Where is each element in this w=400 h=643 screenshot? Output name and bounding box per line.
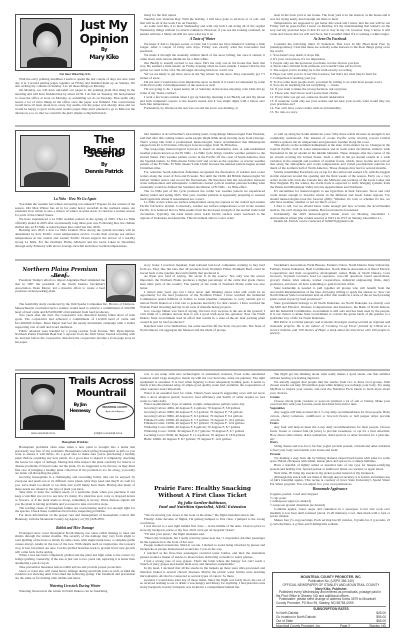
rate-label: Out of State <box>276 619 293 623</box>
footer-publisher: Mountrail County Promoter, Inc. <box>276 624 321 628</box>
publication-masthead-box: MOUNTRAIL COUNTY PROMOTER, INC. Publicat… <box>272 572 390 628</box>
newspaper-page: Just My Opinion By Mary Kiko Not Sure Wh… <box>0 0 400 643</box>
prairie-title-line2: Without A First Class Ticket <box>140 493 265 500</box>
footer-place: Stanley, ND <box>369 624 386 628</box>
postmaster-notice: Postmaster: please send change of addres… <box>276 598 386 605</box>
column-title: Trails Across <box>66 377 136 387</box>
by-label: By <box>72 163 136 168</box>
paragraph: Any fruit will help us meet the 2-cup da… <box>270 426 390 441</box>
opinion-col3: least in the back yard at our house. The… <box>270 14 390 122</box>
opinion-col1: Not Sure What Day It Is With the early p… <box>15 72 135 120</box>
trails-website[interactable]: www.mountrail.nd.us <box>31 432 55 435</box>
paragraph: Public relations were handled by a young… <box>15 330 135 345</box>
passing-scene-header: The Passing Scene By Dennis Patrick <box>15 130 135 192</box>
beef-col1: President Trump's efforts to import Arge… <box>15 279 105 303</box>
paragraph: On Monday, we will have uploaded our pag… <box>15 89 135 116</box>
passing-col1: La Niña - How We Go Again You think the … <box>15 197 135 255</box>
prairie-title-line1: Prairie Fare: Healthy Snacking <box>140 486 265 493</box>
passing-col3: to well up along the South American coas… <box>270 133 390 255</box>
prairie-title: Prairie Fare: Healthy Snacking Without A… <box>140 486 265 509</box>
rate-price: $65.00 <box>376 619 386 623</box>
paragraph: Growing houseplants is a challenging and… <box>15 476 135 491</box>
trails-header: Trails Across Mountrail By Jim Hennessy … <box>15 373 135 438</box>
column-title: Just My <box>74 19 134 31</box>
bill-patrie-photo <box>106 264 136 302</box>
paragraph: This affects on the northern hemisphere … <box>270 144 390 171</box>
paragraph: La Niña occurs when sea surface temperat… <box>140 201 265 220</box>
paragraph: Granted, I would have tried any of those… <box>140 579 265 590</box>
dennis-patrick-photo <box>20 135 70 187</box>
paragraph: Gov. George Sinner was fond of saying, '… <box>140 310 265 325</box>
by-label: By <box>74 48 134 53</box>
section-divider <box>15 369 390 371</box>
beef-col3: Stockman's Association, Farm Bureau, Far… <box>270 264 390 346</box>
paragraph: Bill Patrie is a retired planner and eco… <box>270 321 390 336</box>
paragraph: The long-range meteorological forecast i… <box>140 148 265 171</box>
trails-subhead-2: Rabbit and Mice Damage <box>15 527 135 531</box>
prairie-byline-title: Food and Nutrition Specialist, NDSU Exte… <box>140 505 265 509</box>
paragraph: I retired nine years ago but I have neve… <box>140 291 265 310</box>
paragraph: Temperatures are supposed to get better … <box>270 22 390 37</box>
author-name: Mary Kiko <box>74 55 134 61</box>
water-requirement-item: Bulls: 1600#, 40 degrees F, 8.7 gallons;… <box>140 438 265 442</box>
paragraph: Although this snack will not make it thr… <box>270 476 390 487</box>
beef-col2: story broke I received inquiries from na… <box>140 264 265 346</box>
author-name: Dennis Patrick <box>72 170 136 176</box>
mountrail-county-logo: MOUNTRAIL COUNTY Agricultural Agency <box>96 402 134 420</box>
mary-kiko-photo <box>20 18 72 68</box>
paragraph: In my head, I declared that all the snac… <box>140 567 265 578</box>
prairie-col3: The flight got me thinking about what re… <box>270 373 390 568</box>
jim-hennessy-photo <box>20 378 65 430</box>
paragraph: Fortunately, by afternoon the sun was ou… <box>140 107 265 111</box>
paragraph: Storms resembling Rockfords are on tap f… <box>270 171 390 190</box>
trails-col2: cost to set setup with new technologies … <box>140 373 265 483</box>
beef-col1b: The feasibility study conducted by the f… <box>15 303 135 345</box>
paragraph: Snow or voles also will cause heavy dama… <box>15 570 135 581</box>
paragraph: Our member of AccuWeather's forecasting … <box>140 133 265 148</box>
paragraph: As some read this, it is most Wednesday … <box>140 25 265 36</box>
list-item: 15. No risk, no story. <box>270 111 390 115</box>
paragraph: President Trump's efforts to import Arge… <box>15 279 105 294</box>
column-title-2: Scene <box>72 148 136 159</box>
paragraph: State government belongs to all North Da… <box>270 302 390 321</box>
section-divider <box>15 125 390 127</box>
logo-subtext: Agricultural Agency <box>97 411 133 413</box>
paragraph: For centuries South American fishermen r… <box>140 171 265 190</box>
paragraph: Makes four (½-cup) servings. Each servin… <box>270 519 390 527</box>
paragraph: Two years after the start, the cooperati… <box>15 314 135 329</box>
paragraph: For more information on the proper care … <box>15 514 135 522</box>
paragraph: Any veggie will help us meet the 2 ½-cup… <box>270 411 390 422</box>
paragraph: Dennis M. Patrick can be contacted at ba… <box>270 220 390 224</box>
paragraph: Stockman's Association, Farm Bureau, Far… <box>270 264 390 287</box>
passing-col2: Our member of AccuWeather's forecasting … <box>140 133 265 255</box>
paragraph: Take time to learn the cultural needs of… <box>15 491 135 506</box>
paragraph: Heading into 2025 a new La Niña formed. … <box>15 229 135 248</box>
section-divider <box>15 259 390 261</box>
paragraph: You think the weather last winter and sp… <box>15 203 135 218</box>
page-number: Page 2 <box>340 624 350 628</box>
by-label: By Jim <box>66 404 94 409</box>
paragraph: State leadership is needed to pull toget… <box>270 287 390 302</box>
paragraph: Ranchers tend to be themselves, but some… <box>140 325 265 333</box>
opinion-subhead-2: A Taste of Winter <box>140 38 265 42</box>
paragraph: Prolonged snow cover throughout North Da… <box>15 532 135 555</box>
just-my-opinion-header: Just My Opinion By Mary Kiko <box>15 14 135 71</box>
paragraph: Choose whole grain crackers or popcorn (… <box>270 400 390 408</box>
paragraph: It's uncommon for meteorologists to use … <box>270 190 390 205</box>
paragraph: We usually suggest that people mix the s… <box>270 381 390 396</box>
paragraph: cost to set setup with new technologies … <box>140 373 265 392</box>
logo-text: MOUNTRAIL COUNTY <box>97 406 133 409</box>
column-title-2: Opinion <box>74 33 134 45</box>
paragraph: Watering livestock in the winter in Nort… <box>15 590 135 594</box>
paragraph: Houseplant problems often arise when a n… <box>15 446 135 476</box>
paragraph: String cheese and low-fat or fat-free yo… <box>270 445 390 453</box>
trails-col1: Houseplant Problems Houseplant problems … <box>15 440 135 635</box>
prairie-col2: "We are moving you closer to the front o… <box>140 514 265 639</box>
opinion-col2: many for the first round. Tuesday was Ve… <box>140 14 265 122</box>
paragraph: When a tree has been completely girdled … <box>15 554 135 565</box>
column-title-2: Mountrail <box>66 389 136 399</box>
paragraph: As Ryan was fond of saying, 'the secret … <box>140 275 265 290</box>
page-footer: Mountrail County Promoter, Inc. Page 2 S… <box>276 623 386 628</box>
opinion-subhead-3: As Seen On Facebook <box>270 38 390 42</box>
author-name: Hennessy <box>66 410 94 415</box>
beef-byline: By Bill Patrie <box>15 274 105 278</box>
trails-email[interactable]: jmh@nu.mountrail.nd.us <box>94 432 122 435</box>
